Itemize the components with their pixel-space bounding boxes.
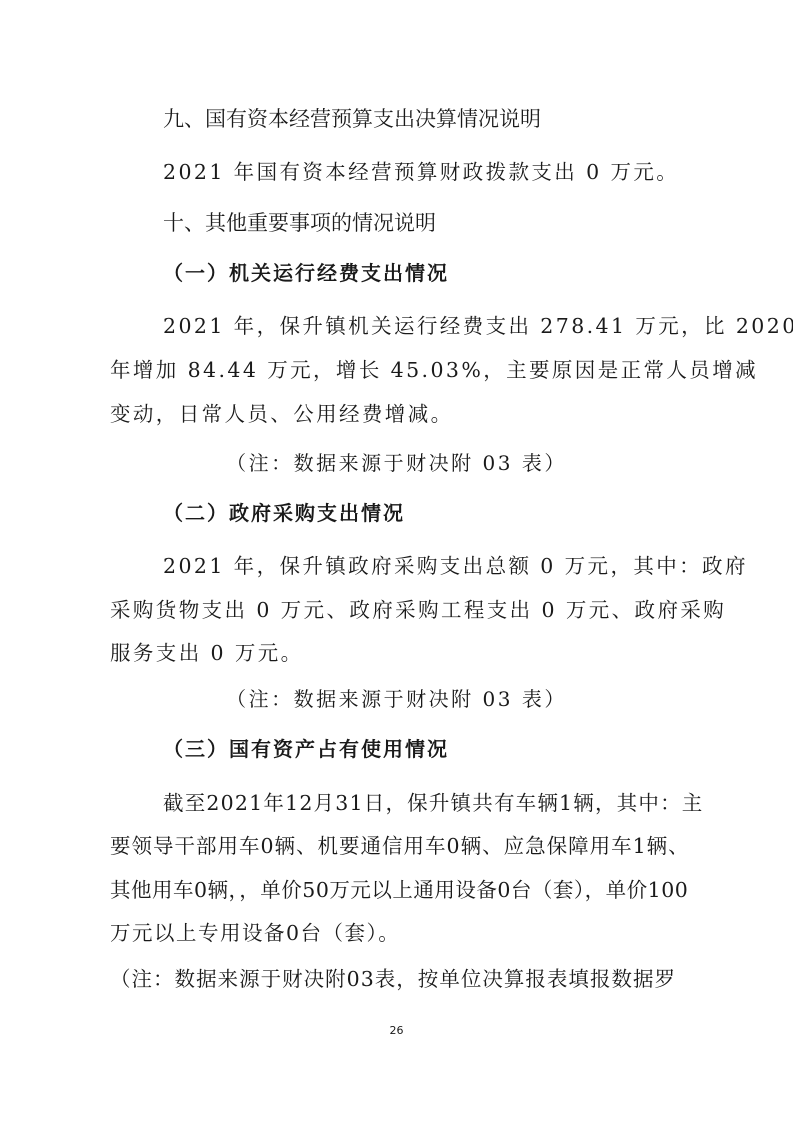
- paragraph-line: 要领导干部用车0辆、机要通信用车0辆、应急保障用车1辆、: [110, 832, 676, 860]
- paragraph-line: 其他用车0辆，，单价50万元以上通用设备0台（套），单价100: [110, 876, 676, 904]
- paragraph-line: 服务支出 0 万元。: [110, 639, 304, 667]
- page-number: 26: [0, 1024, 793, 1037]
- source-note: （注：数据来源于财决附03表，按单位决算报表填报数据罗: [110, 965, 676, 993]
- section-nine-paragraph: 2021 年国有资本经营预算财政拨款支出 0 万元。: [163, 158, 679, 186]
- source-note: （注：数据来源于财决附 03 表）: [0, 685, 793, 713]
- paragraph-line: 变动，日常人员、公用经费增减。: [110, 400, 454, 428]
- paragraph-line: 万元以上专用设备0台（套）。: [110, 919, 400, 947]
- section-heading-ten: 十、其他重要事项的情况说明: [163, 209, 436, 237]
- source-note: （注：数据来源于财决附 03 表）: [0, 449, 793, 477]
- paragraph-line: 2021 年，保升镇政府采购支出总额 0 万元，其中：政府: [163, 552, 675, 580]
- paragraph-line: 采购货物支出 0 万元、政府采购工程支出 0 万元、政府采购: [110, 596, 676, 624]
- paragraph-line: 2021 年，保升镇机关运行经费支出 278.41 万元，比 2020: [163, 312, 675, 340]
- subsection-heading-operating-costs: （一）机关运行经费支出情况: [163, 259, 449, 287]
- paragraph-line: 年增加 84.44 万元，增长 45.03%，主要原因是正常人员增减: [110, 356, 676, 384]
- subsection-heading-state-assets: （三）国有资产占有使用情况: [163, 735, 449, 763]
- subsection-heading-procurement: （二）政府采购支出情况: [163, 499, 405, 527]
- paragraph-line: 截至2021年12月31日，保升镇共有车辆1辆，其中：主: [163, 789, 675, 817]
- section-heading-nine: 九、国有资本经营预算支出决算情况说明: [163, 105, 541, 133]
